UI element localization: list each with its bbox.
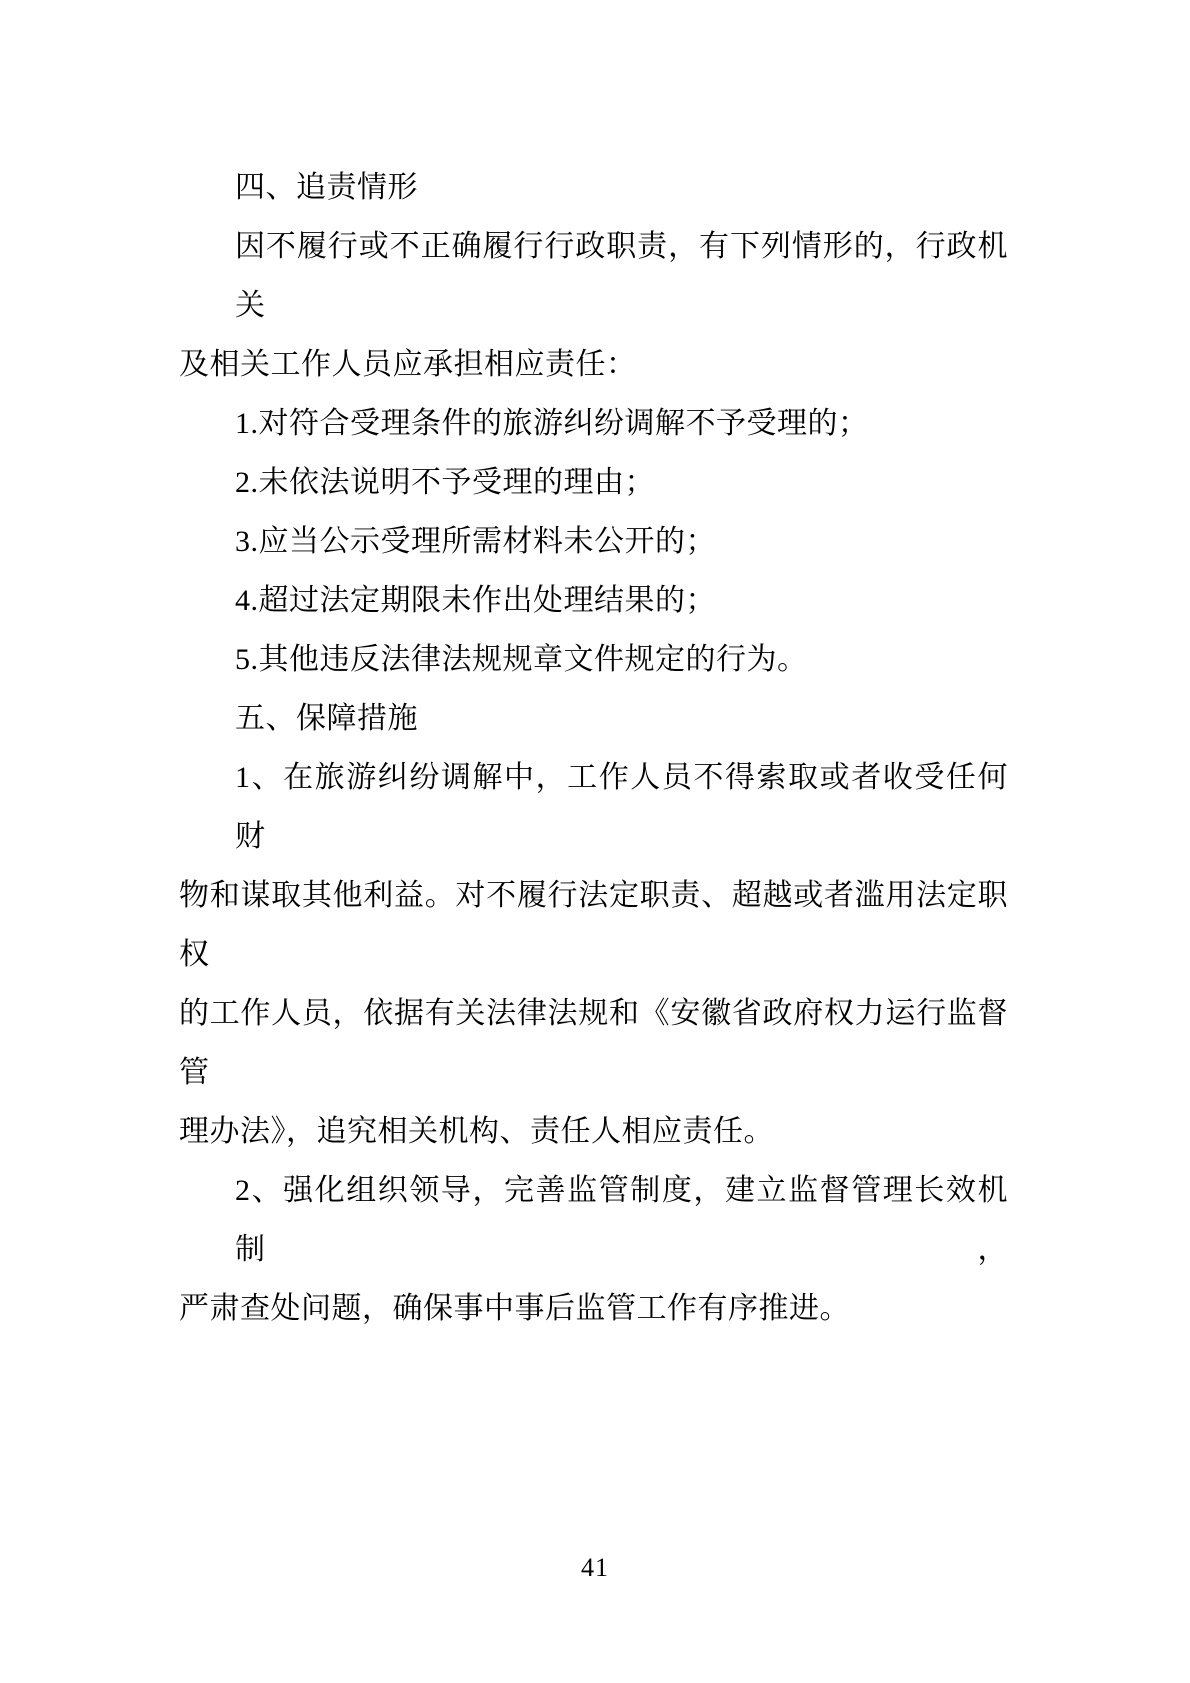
text-line: 及相关工作人员应承担相应责任： — [179, 335, 1008, 394]
section-4-intro: 因不履行或不正确履行行政职责，有下列情形的，行政机关及相关工作人员应承担相应责任… — [179, 217, 1008, 394]
text-line: 4.超过法定期限未作出处理结果的； — [179, 571, 1008, 630]
document-body: 四、追责情形因不履行或不正确履行行政职责，有下列情形的，行政机关及相关工作人员应… — [179, 158, 1008, 1338]
text-line: 物和谋取其他利益。对不履行法定职责、超越或者滥用法定职权 — [179, 866, 1008, 984]
liability-item-2: 2.未依法说明不予受理的理由； — [179, 453, 1008, 512]
text-line: 1.对符合受理条件的旅游纠纷调解不予受理的； — [179, 394, 1008, 453]
text-line: 严肃查处问题，确保事中事后监管工作有序推进。 — [179, 1279, 1008, 1338]
text-line: 3.应当公示受理所需材料未公开的； — [179, 512, 1008, 571]
section-5-heading: 五、保障措施 — [179, 689, 1008, 748]
section-5-para-1: 1、在旅游纠纷调解中，工作人员不得索取或者收受任何财物和谋取其他利益。对不履行法… — [179, 748, 1008, 1161]
text-line: 5.其他违反法律法规规章文件规定的行为。 — [179, 630, 1008, 689]
liability-item-3: 3.应当公示受理所需材料未公开的； — [179, 512, 1008, 571]
page-number: 41 — [581, 1553, 609, 1582]
text-line: 2.未依法说明不予受理的理由； — [179, 453, 1008, 512]
liability-item-4: 4.超过法定期限未作出处理结果的； — [179, 571, 1008, 630]
text-line: 1、在旅游纠纷调解中，工作人员不得索取或者收受任何财 — [179, 748, 1008, 866]
text-line: 四、追责情形 — [179, 158, 1008, 217]
text-line: 的工作人员，依据有关法律法规和《安徽省政府权力运行监督管 — [179, 984, 1008, 1102]
document-page: 四、追责情形因不履行或不正确履行行政职责，有下列情形的，行政机关及相关工作人员应… — [0, 0, 1190, 1683]
liability-item-1: 1.对符合受理条件的旅游纠纷调解不予受理的； — [179, 394, 1008, 453]
text-line: 2、强化组织领导，完善监管制度，建立监督管理长效机制， — [179, 1161, 1008, 1279]
section-4-heading: 四、追责情形 — [179, 158, 1008, 217]
text-line: 理办法》，追究相关机构、责任人相应责任。 — [179, 1102, 1008, 1161]
page-footer: 41 — [0, 1553, 1190, 1583]
liability-item-5: 5.其他违反法律法规规章文件规定的行为。 — [179, 630, 1008, 689]
text-line: 因不履行或不正确履行行政职责，有下列情形的，行政机关 — [179, 217, 1008, 335]
text-line: 五、保障措施 — [179, 689, 1008, 748]
section-5-para-2: 2、强化组织领导，完善监管制度，建立监督管理长效机制，严肃查处问题，确保事中事后… — [179, 1161, 1008, 1338]
